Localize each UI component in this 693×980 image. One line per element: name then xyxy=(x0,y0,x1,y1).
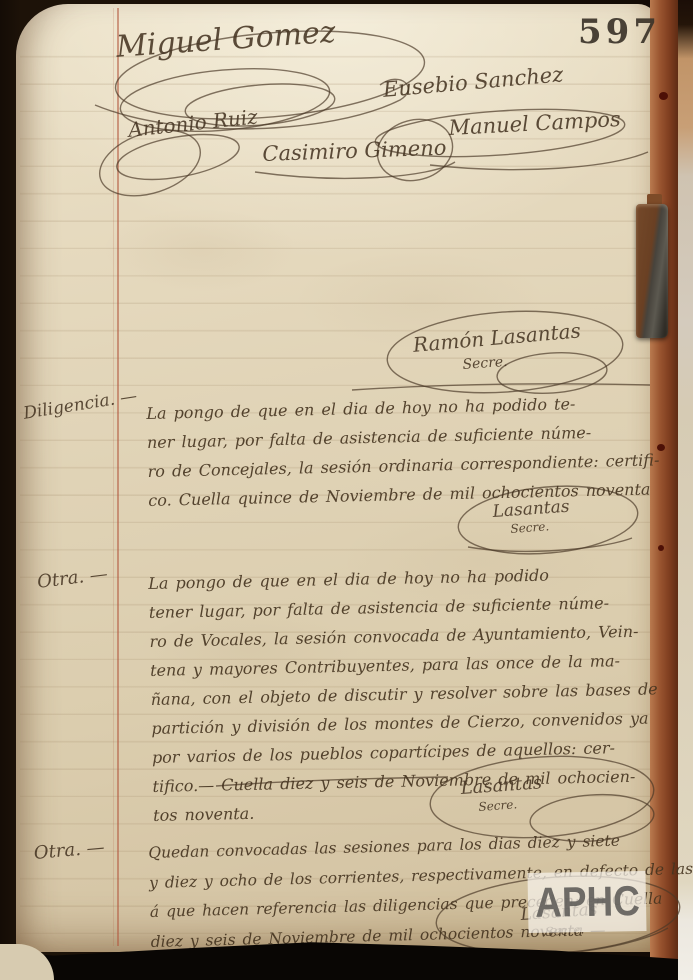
signature-manuel-campos: Manuel Campos xyxy=(448,107,621,140)
entry-text-diligencia: La pongo de que en el dia de hoy no ha p… xyxy=(146,387,662,515)
signature-eusebio-sanchez: Eusebio Sanchez xyxy=(382,62,564,102)
signature-casimiro-gimeno: Casimiro Gimeno xyxy=(262,136,447,166)
signature-lasantas-1: Lasantas xyxy=(492,497,570,522)
signature-title-1: Secre. xyxy=(510,519,550,536)
watermark-text: APHC xyxy=(534,877,640,927)
signature-antonio-ruiz: Antonio Ruiz xyxy=(127,104,259,141)
page-content: 597 Miguel Gomez Eusebio Sanchez Antonio… xyxy=(0,0,693,980)
entry-label-otra-2: Otra. — xyxy=(33,837,105,864)
entry-label-diligencia: Diligencia. — xyxy=(22,386,138,424)
page-number: 597 xyxy=(578,12,661,52)
signature-miguel-gomez: Miguel Gomez xyxy=(115,15,337,65)
signature-ramon-lasantas: Ramón Lasantas xyxy=(412,318,582,357)
signature-title-2: Secre. xyxy=(478,797,518,814)
signature-title-secre: Secre. xyxy=(462,354,508,373)
scanned-manuscript-photo: 597 Miguel Gomez Eusebio Sanchez Antonio… xyxy=(0,0,693,980)
entry-text-otra-1: La pongo de que en el dia de hoy no ha p… xyxy=(148,558,667,830)
archive-watermark: APHC xyxy=(527,871,646,933)
entry-label-otra-1: Otra. — xyxy=(36,563,109,592)
